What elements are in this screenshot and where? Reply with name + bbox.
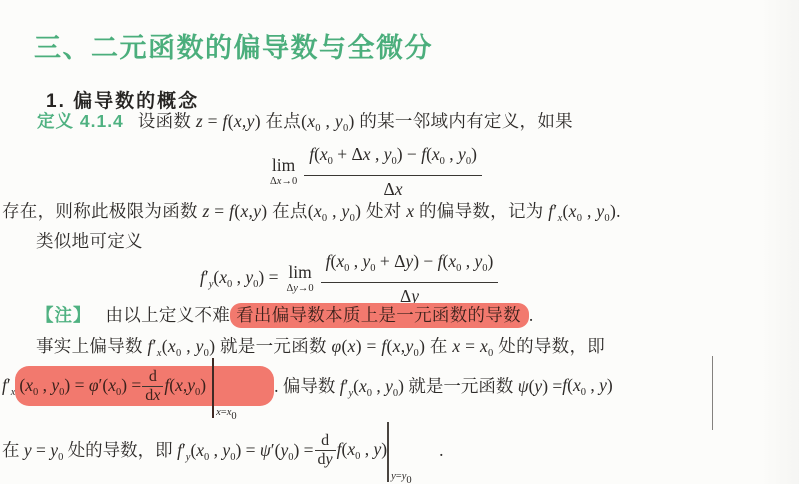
line-end-period: . xyxy=(439,440,443,461)
limit-condition: Δx→0 xyxy=(270,176,297,188)
fraction: f(x0 , y0 + Δy) − f(x0 , y0) Δy xyxy=(321,250,499,307)
line-pre: 在 y = y0 处的导数，即 f′y(x0 , y0) = ψ′(y0) = xyxy=(2,437,314,463)
highlighted-text: 看出偏导数本质上是一元函数的导数 xyxy=(230,303,529,328)
line-mid: f(x0 , y) xyxy=(337,439,387,462)
note-post-text: . xyxy=(529,305,534,325)
partial-x-derivative-line: f′x(x0 , y0) = φ′(x0) = ddxf(x,y0)x=x0. … xyxy=(2,358,613,414)
formula-hl-post: f(x,y0) xyxy=(164,375,206,398)
evaluation-subscript: y=y0 xyxy=(391,471,412,484)
d-dy-fraction: ddy xyxy=(315,433,336,468)
limit-condition: Δy→0 xyxy=(286,283,313,295)
limit-formula-y: f′y(x0 , y0) = lim Δy→0 f(x0 , y0 + Δy) … xyxy=(200,250,498,307)
fraction-numerator: f(x0 , y0 + Δy) − f(x0 , y0) xyxy=(321,250,499,282)
similarly-statement: 类似地可定义 xyxy=(36,228,143,253)
scan-line-artifact xyxy=(712,356,713,430)
limit-operator: lim Δy→0 xyxy=(286,263,313,295)
limit-operator: lim Δx→0 xyxy=(270,156,297,188)
formula-after-text: . 偏导数 f′y(x0 , y0) 就是一元函数 ψ(y) = xyxy=(274,373,562,399)
note-label: 【注】 xyxy=(36,305,92,325)
definition-text: 设函数 z = f(x,y) 在点(x0 , y0) 的某一邻域内有定义，如果 xyxy=(138,111,573,131)
fact-statement: 事实上偏导数 f′x(x0 , y0) 就是一元函数 φ(x) = f(x,y0… xyxy=(36,333,605,359)
fraction: f(x0 + Δx , y0) − f(x0 , y0) Δx xyxy=(304,143,482,200)
formula-lead: f′x xyxy=(2,375,15,398)
scan-edge-shading xyxy=(761,0,799,484)
highlighted-formula: (x0 , y0) = φ′(x0) = ddxf(x,y0)x=x0 xyxy=(15,366,274,406)
definition-label: 定义 4.1.4 xyxy=(37,111,124,131)
fraction-numerator: f(x0 + Δx , y0) − f(x0 , y0) xyxy=(304,143,482,175)
evaluation-subscript: x=x0 xyxy=(216,407,237,422)
formula-lhs: f′y(x0 , y0) = xyxy=(200,267,278,290)
d-dx-fraction: ddx xyxy=(142,369,163,404)
exists-statement: 存在，则称此极限为函数 z = f(x,y) 在点(x0 , y0) 处对 x … xyxy=(2,198,621,224)
note-pre-text: 由以上定义不难 xyxy=(106,305,231,325)
limit-formula-x: lim Δx→0 f(x0 + Δx , y0) − f(x0 , y0) Δx xyxy=(268,143,482,200)
note-line: 【注】由以上定义不难看出偏导数本质上是一元函数的导数. xyxy=(36,302,534,327)
evaluation-bar: x=x0 xyxy=(212,362,254,410)
partial-y-derivative-line: 在 y = y0 处的导数，即 f′y(x0 , y0) = ψ′(y0) = … xyxy=(2,422,444,478)
formula-hl-pre: (x0 , y0) = φ′(x0) = xyxy=(19,375,141,398)
formula-end: f(x0 , y) xyxy=(562,375,612,398)
page-title: 三、二元函数的偏导数与全微分 xyxy=(34,26,433,65)
fraction-denominator: Δx xyxy=(304,175,482,200)
evaluation-bar: y=y0 xyxy=(387,426,429,474)
definition-line: 定义 4.1.4设函数 z = f(x,y) 在点(x0 , y0) 的某一邻域… xyxy=(37,108,573,134)
